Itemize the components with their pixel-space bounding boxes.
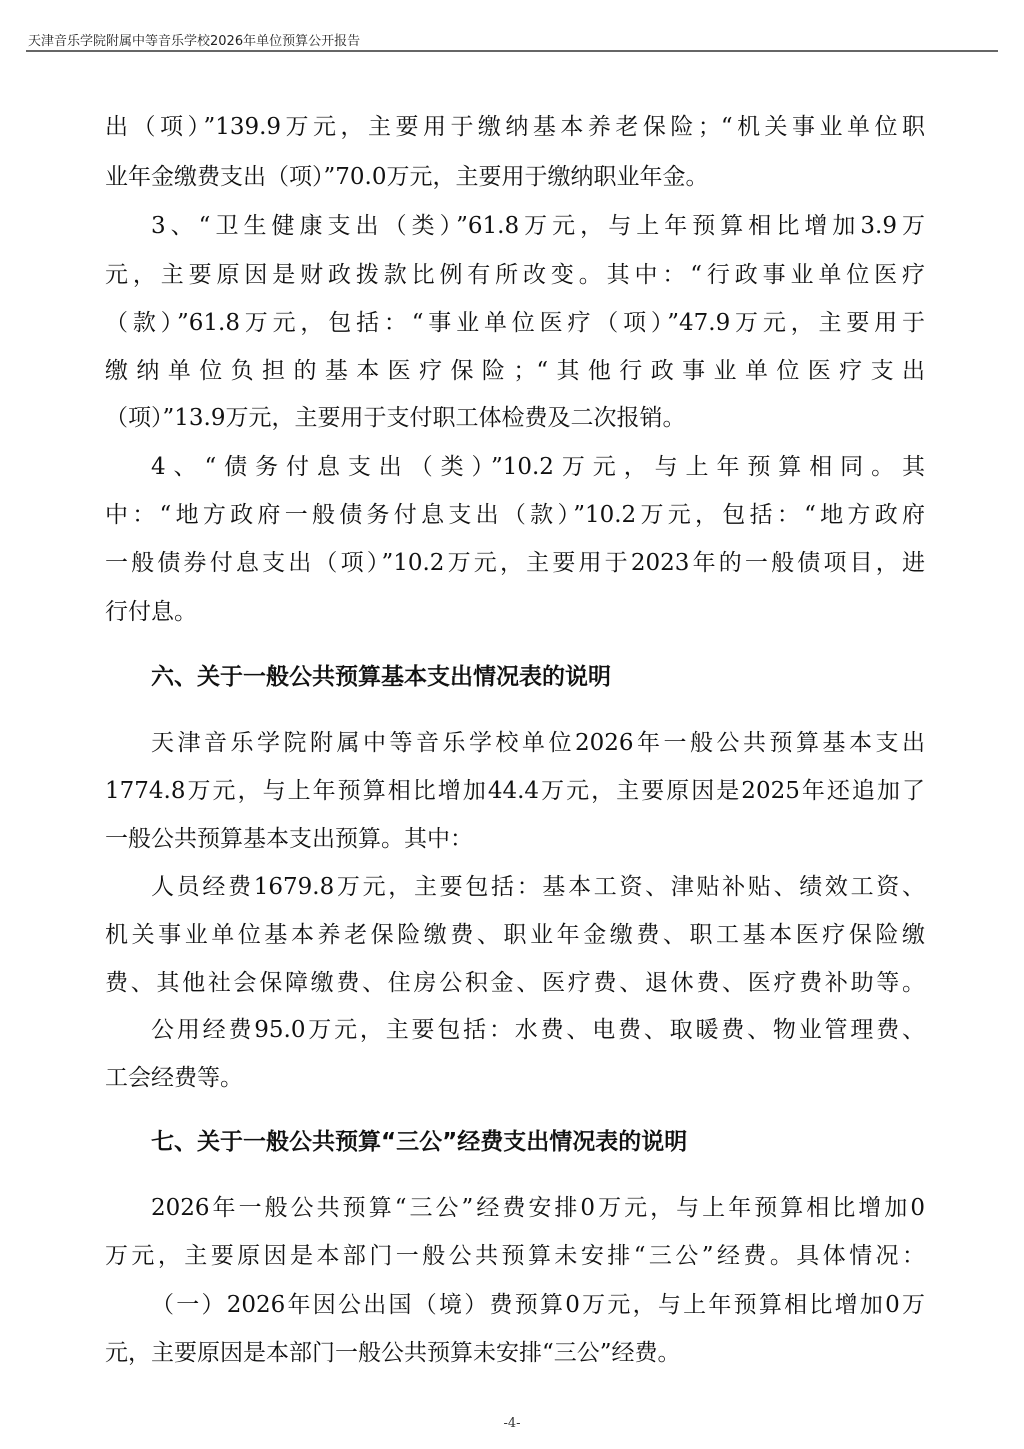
paragraph-line: 元，主要原因是本部门一般公共预算未安排“三公”经费。 — [105, 1337, 925, 1369]
page-number: -4- — [0, 1416, 1024, 1431]
paragraph-line: （项）”13.9万元，主要用于支付职工体检费及二次报销。 — [105, 402, 925, 434]
paragraph-line: 业年金缴费支出（项）”70.0万元，主要用于缴纳职业年金。 — [105, 161, 925, 193]
paragraph-line: 一般债券付息支出（项）”10.2万元，主要用于2023年的一般债项目，进 — [105, 547, 925, 579]
paragraph-line: 一般公共预算基本支出预算。其中： — [105, 823, 925, 855]
paragraph-line: 2026年一般公共预算“三公”经费安排0万元，与上年预算相比增加0 — [105, 1192, 925, 1224]
paragraph-line: 费、其他社会保障缴费、住房公积金、医疗费、退休费、医疗费补助等。 — [105, 967, 925, 999]
paragraph-line: 出（项）”139.9万元，主要用于缴纳基本养老保险；“机关事业单位职 — [105, 111, 925, 143]
paragraph-line: 机关事业单位基本养老保险缴费、职业年金缴费、职工基本医疗保险缴 — [105, 919, 925, 951]
paragraph-line: 3、“卫生健康支出（类）”61.8万元，与上年预算相比增加3.9万 — [105, 210, 925, 242]
paragraph-line: 万元，主要原因是本部门一般公共预算未安排“三公”经费。具体情况： — [105, 1240, 925, 1272]
paragraph-line: 行付息。 — [105, 596, 925, 628]
paragraph-line: 1774.8万元，与上年预算相比增加44.4万元，主要原因是2025年还追加了 — [105, 775, 925, 807]
paragraph-line: 人员经费1679.8万元，主要包括：基本工资、津贴补贴、绩效工资、 — [105, 871, 925, 903]
paragraph-line: 缴纳单位负担的基本医疗保险；“其他行政事业单位医疗支出 — [105, 355, 925, 387]
paragraph-line: 公用经费95.0万元，主要包括：水费、电费、取暖费、物业管理费、 — [105, 1014, 925, 1046]
paragraph-line: （一）2026年因公出国（境）费预算0万元，与上年预算相比增加0万 — [105, 1289, 925, 1321]
paragraph-line: 4、“债务付息支出（类）”10.2万元，与上年预算相同。其 — [105, 451, 925, 483]
section-heading-7: 七、关于一般公共预算“三公”经费支出情况表的说明 — [151, 1126, 687, 1158]
section-heading-6: 六、关于一般公共预算基本支出情况表的说明 — [151, 661, 611, 693]
paragraph-line: 工会经费等。 — [105, 1062, 925, 1094]
document-title: 天津音乐学院附属中等音乐学校2026年单位预算公开报告 — [28, 30, 360, 49]
paragraph-line: （款）”61.8万元，包括：“事业单位医疗（项）”47.9万元，主要用于 — [105, 307, 925, 339]
paragraph-line: 中：“地方政府一般债务付息支出（款）”10.2万元，包括：“地方政府 — [105, 499, 925, 531]
header-divider — [26, 50, 998, 52]
paragraph-line: 元，主要原因是财政拨款比例有所改变。其中：“行政事业单位医疗 — [105, 259, 925, 291]
paragraph-line: 天津音乐学院附属中等音乐学校单位2026年一般公共预算基本支出 — [105, 727, 925, 759]
